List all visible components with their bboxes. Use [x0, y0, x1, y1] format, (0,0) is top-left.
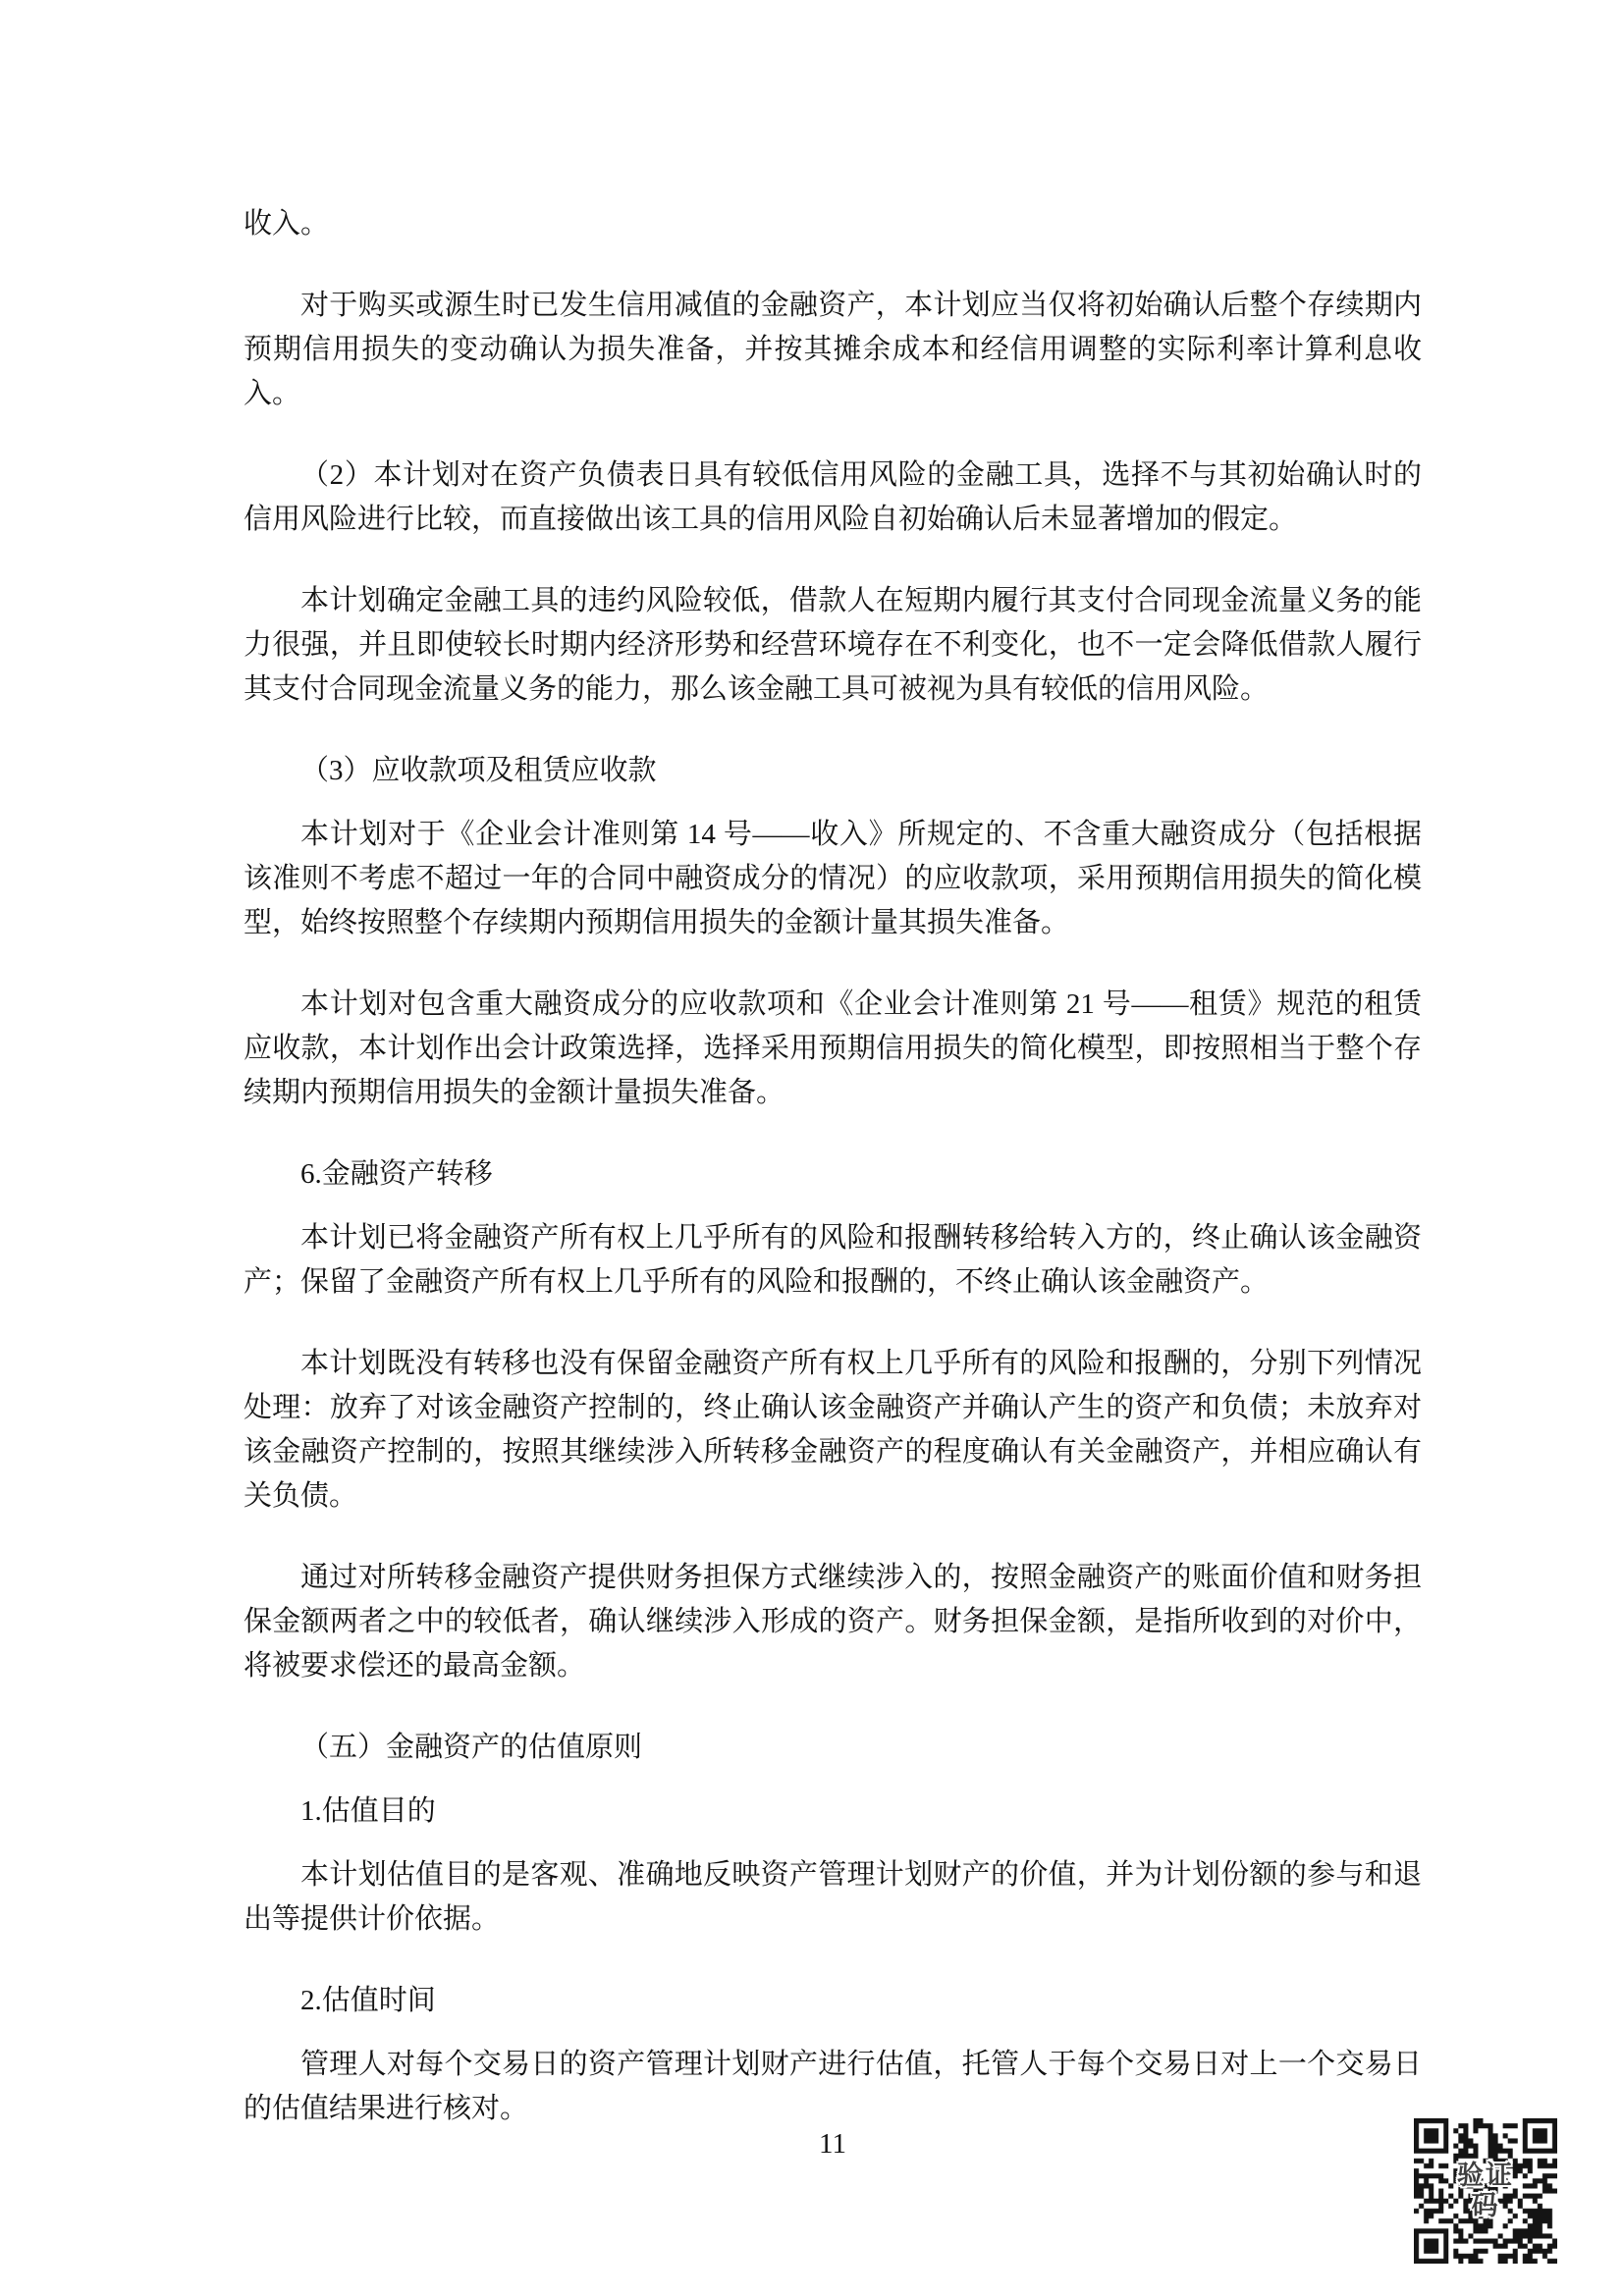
qr-code: 验证 码: [1414, 2118, 1557, 2264]
paragraph: 本计划对于《企业会计准则第 14 号——收入》所规定的、不含重大融资成分（包括根…: [243, 813, 1422, 945]
paragraph: 本计划估值目的是客观、准确地反映资产管理计划财产的价值，并为计划份额的参与和退出…: [243, 1853, 1422, 1942]
section-heading: （3）应收款项及租赁应收款: [243, 749, 1422, 793]
section-heading: 2.估值时间: [243, 1979, 1422, 2023]
document-page: 收入。对于购买或源生时已发生信用减值的金融资产，本计划应当仅将初始确认后整个存续…: [0, 0, 1623, 2296]
qr-label-line2: 码: [1472, 2191, 1500, 2221]
section-heading: 6.金融资产转移: [243, 1152, 1422, 1197]
paragraph: （2）本计划对在资产负债表日具有较低信用风险的金融工具，选择不与其初始确认时的信…: [243, 454, 1422, 542]
document-body: 收入。对于购买或源生时已发生信用减值的金融资产，本计划应当仅将初始确认后整个存续…: [243, 202, 1422, 2168]
paragraph: 对于购买或源生时已发生信用减值的金融资产，本计划应当仅将初始确认后整个存续期内预…: [243, 284, 1422, 416]
paragraph: 本计划已将金融资产所有权上几乎所有的风险和报酬转移给转入方的，终止确认该金融资产…: [243, 1216, 1422, 1305]
paragraph: 本计划对包含重大融资成分的应收款项和《企业会计准则第 21 号——租赁》规范的租…: [243, 983, 1422, 1115]
paragraph: 本计划确定金融工具的违约风险较低，借款人在短期内履行其支付合同现金流量义务的能力…: [243, 579, 1422, 712]
qr-label-line1: 验证: [1457, 2161, 1514, 2191]
section-heading: （五）金融资产的估值原则: [243, 1726, 1422, 1770]
paragraph: 收入。: [243, 202, 1422, 246]
section-heading: 1.估值目的: [243, 1789, 1422, 1834]
qr-center-label: 验证 码: [1414, 2118, 1557, 2264]
paragraph: 通过对所转移金融资产提供财务担保方式继续涉入的，按照金融资产的账面价值和财务担保…: [243, 1556, 1422, 1688]
paragraph: 管理人对每个交易日的资产管理计划财产进行估值，托管人于每个交易日对上一个交易日的…: [243, 2043, 1422, 2131]
page-number: 11: [243, 2128, 1422, 2160]
paragraph: 本计划既没有转移也没有保留金融资产所有权上几乎所有的风险和报酬的，分别下列情况处…: [243, 1342, 1422, 1519]
